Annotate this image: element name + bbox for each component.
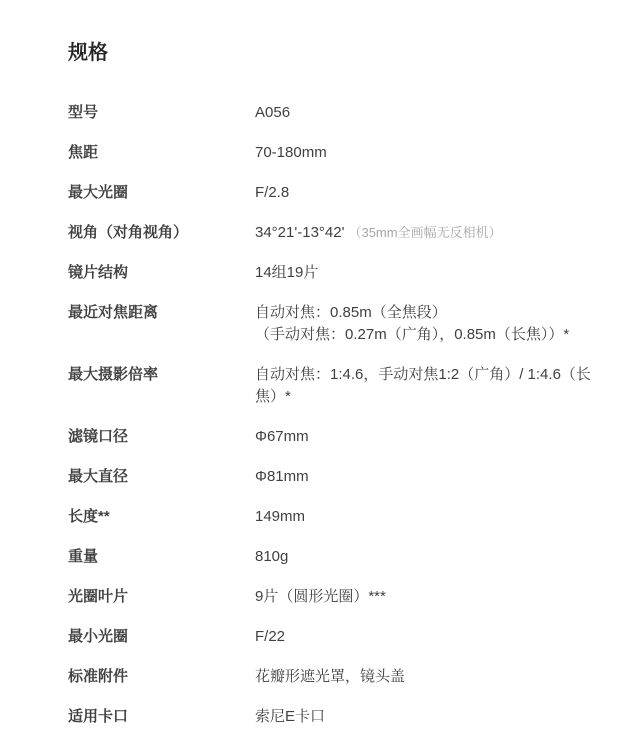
spec-value-text: 自动对焦：1:4.6，手动对焦1:2（广角）/ 1:4.6（长焦）* [255,366,591,405]
spec-value: 70-180mm [255,142,595,164]
spec-label: 长度** [68,506,255,528]
spec-value-note: （35mm全画幅无反相机） [348,225,501,240]
spec-label: 最大光圈 [68,182,255,204]
page-title: 规格 [68,40,595,66]
spec-label: 焦距 [68,142,255,164]
spec-value: 9片（圆形光圈）*** [255,586,595,608]
spec-value-text: 14组19片 [255,264,318,281]
spec-value: 34°21'-13°42'（35mm全画幅无反相机） [255,222,595,244]
spec-value-text: 810g [255,548,288,565]
spec-row: 焦距 70-180mm [68,142,595,164]
spec-value: Φ81mm [255,466,595,488]
spec-value: 149mm [255,506,595,528]
spec-label: 最大直径 [68,466,255,488]
spec-row: 最大摄影倍率 自动对焦：1:4.6，手动对焦1:2（广角）/ 1:4.6（长焦）… [68,364,595,408]
spec-label: 镜片结构 [68,262,255,284]
spec-value-text: 149mm [255,508,305,525]
spec-value: 810g [255,546,595,568]
spec-value-text: F/2.8 [255,184,289,201]
spec-row: 镜片结构 14组19片 [68,262,595,284]
spec-row: 长度** 149mm [68,506,595,528]
spec-value-text: 自动对焦：0.85m（全焦段） （手动对焦：0.27m（广角），0.85m（长焦… [255,304,569,343]
spec-row: 最大直径 Φ81mm [68,466,595,488]
spec-value: F/22 [255,626,595,648]
spec-row: 视角（对角视角） 34°21'-13°42'（35mm全画幅无反相机） [68,222,595,244]
spec-row: 适用卡口 索尼E卡口 [68,706,595,728]
spec-row: 滤镜口径 Φ67mm [68,426,595,448]
spec-value-text: F/22 [255,628,285,645]
spec-label: 最大摄影倍率 [68,364,255,386]
spec-value: F/2.8 [255,182,595,204]
spec-label: 视角（对角视角） [68,222,255,244]
spec-value-text: Φ81mm [255,468,309,485]
spec-row: 型号 A056 [68,102,595,124]
spec-row: 最近对焦距离 自动对焦：0.85m（全焦段） （手动对焦：0.27m（广角），0… [68,302,595,346]
spec-value-text: 花瓣形遮光罩，镜头盖 [255,668,405,685]
spec-value: 花瓣形遮光罩，镜头盖 [255,666,595,688]
spec-label: 型号 [68,102,255,124]
spec-value: A056 [255,102,595,124]
spec-value: 索尼E卡口 [255,706,595,728]
spec-value-text: 34°21'-13°42' [255,224,344,241]
spec-value: 自动对焦：0.85m（全焦段） （手动对焦：0.27m（广角），0.85m（长焦… [255,302,595,346]
spec-value: 14组19片 [255,262,595,284]
spec-label: 滤镜口径 [68,426,255,448]
spec-label: 最小光圈 [68,626,255,648]
spec-value-text: 9片（圆形光圈）*** [255,588,386,605]
spec-row: 最大光圈 F/2.8 [68,182,595,204]
spec-value: 自动对焦：1:4.6，手动对焦1:2（广角）/ 1:4.6（长焦）* [255,364,595,408]
spec-value-text: A056 [255,104,290,121]
spec-label: 重量 [68,546,255,568]
spec-label: 标准附件 [68,666,255,688]
spec-row: 最小光圈 F/22 [68,626,595,648]
spec-row: 标准附件 花瓣形遮光罩，镜头盖 [68,666,595,688]
spec-list: 型号 A056 焦距 70-180mm 最大光圈 F/2.8 视角（对角视角） … [68,102,595,728]
spec-label: 光圈叶片 [68,586,255,608]
spec-row: 光圈叶片 9片（圆形光圈）*** [68,586,595,608]
spec-value-text: 索尼E卡口 [255,708,325,725]
spec-label: 适用卡口 [68,706,255,728]
spec-value-text: 70-180mm [255,144,327,161]
spec-row: 重量 810g [68,546,595,568]
spec-value: Φ67mm [255,426,595,448]
spec-value-text: Φ67mm [255,428,309,445]
spec-label: 最近对焦距离 [68,302,255,324]
spec-page: 规格 型号 A056 焦距 70-180mm 最大光圈 F/2.8 视角（对角视… [0,0,620,746]
